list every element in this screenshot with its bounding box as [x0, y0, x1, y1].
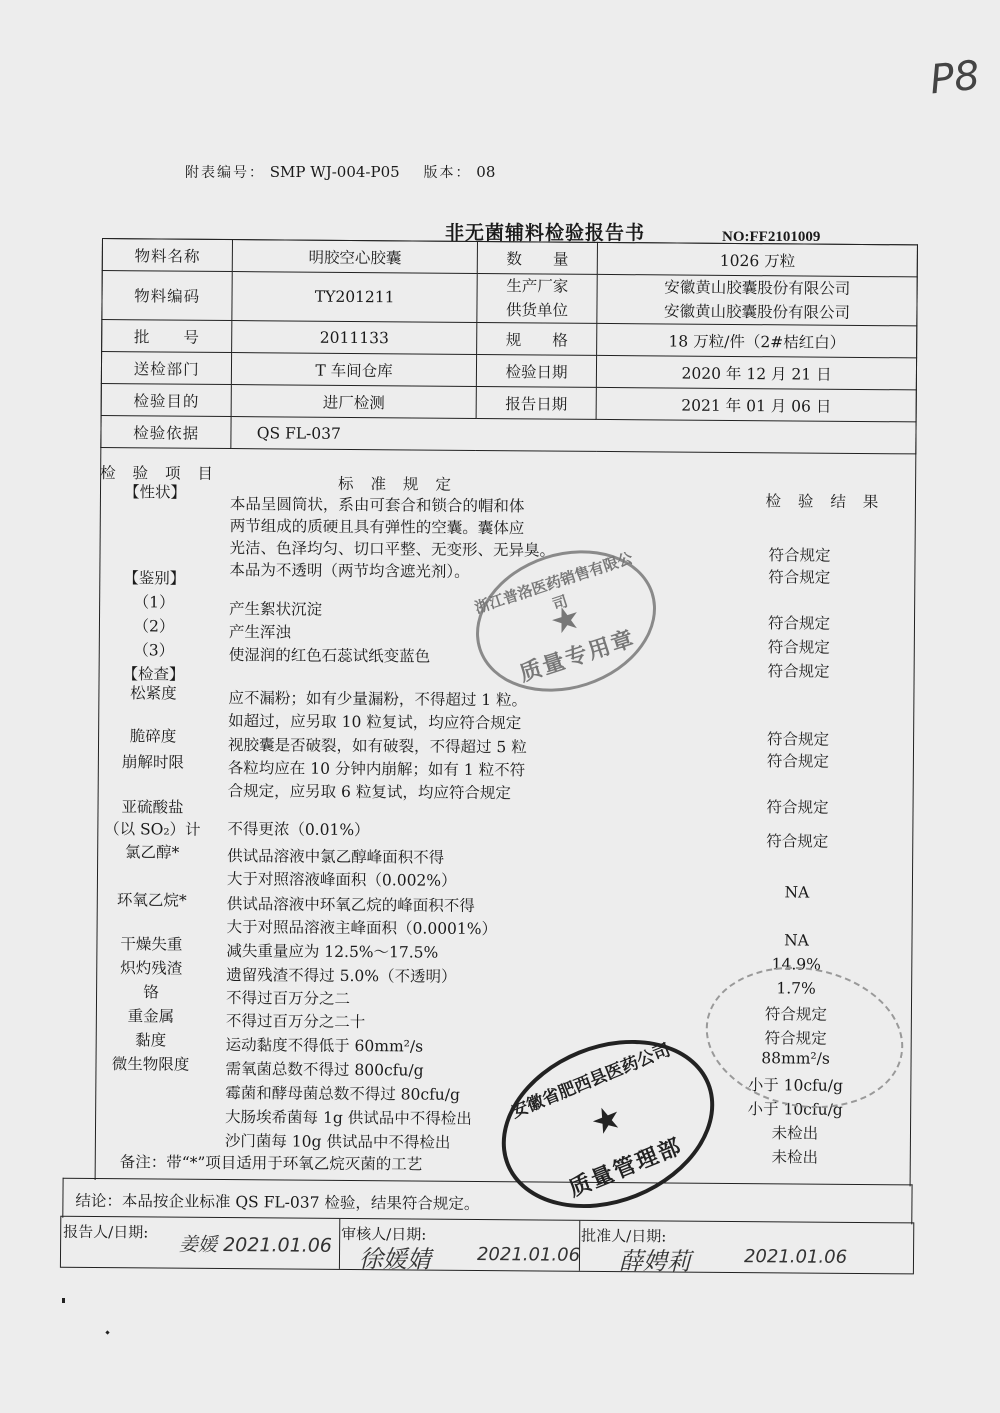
std-loss-on-drying: 减失重量应为 12.5%～17.5% [226, 939, 438, 963]
page-number-handwritten: P8 [928, 53, 982, 104]
spec-label: 规 格 [477, 322, 598, 355]
material-code: TY201211 [232, 272, 477, 323]
item-chloroethanol: 氯乙醇* [97, 840, 207, 863]
result-sulfite-2: 符合规定 [727, 829, 867, 852]
basis: QS FL-037 [231, 417, 916, 454]
col-header-standard: 标 准 规 定 [338, 472, 457, 495]
std-sulfite: 不得更浓（0.01%） [227, 817, 369, 840]
scan-speck [105, 1330, 109, 1334]
manufacturer-supplier-values: 安徽黄山胶囊股份有限公司 安徽黄山胶囊股份有限公司 [597, 274, 917, 326]
table-row: 检验依据 QS FL-037 [101, 415, 916, 453]
purpose-label: 检验目的 [101, 383, 232, 416]
item-appearance: 【性状】 [100, 480, 210, 503]
item-tightness: 松紧度 [98, 681, 208, 704]
item-identification: 【鉴别】 [99, 566, 209, 589]
batch-label: 批 号 [102, 320, 233, 353]
reporter-label: 报告人/日期: [63, 1221, 148, 1243]
item-microbial: 微生物限度 [95, 1052, 205, 1075]
footnote: 备注：带“*”项目适用于环氧乙烷灭菌的工艺 [120, 1150, 423, 1174]
item-ethylene-oxide: 环氧乙烷* [97, 888, 207, 911]
std-brittleness: 视胶囊是否破裂，如有破裂，不得超过 5 粒 [228, 733, 527, 757]
item-heavy-metals: 重金属 [96, 1004, 206, 1027]
test-date: 2020 年 12 月 21 日 [597, 355, 917, 390]
supplier: 安徽黄山胶囊股份有限公司 [598, 299, 917, 326]
std-identification-1: 产生絮状沉淀 [229, 597, 322, 620]
item-disintegration: 崩解时限 [98, 750, 208, 773]
item-residue-on-ignition: 炽灼残渣 [96, 956, 206, 979]
material-code-label: 物料编码 [102, 271, 233, 321]
result-appearance-1: 符合规定 [729, 543, 869, 566]
scan-speck [62, 1298, 65, 1303]
result-identification-3: 符合规定 [729, 659, 869, 682]
manufacturer: 安徽黄山胶囊股份有限公司 [598, 275, 917, 302]
item-loss-on-drying: 干燥失重 [96, 932, 206, 955]
std-microbial-1: 需氧菌总数不得过 800cfu/g [225, 1057, 423, 1081]
std-identification-2: 产生浑浊 [229, 620, 291, 642]
manufacturer-supplier-labels: 生产厂家 供货单位 [477, 273, 598, 323]
dept-label: 送检部门 [101, 352, 232, 385]
version-label: 版本： [424, 165, 472, 181]
std-identification-3: 使湿润的红色石蕊试纸变蓝色 [229, 643, 431, 667]
material-name-label: 物料名称 [102, 239, 233, 272]
test-date-label: 检验日期 [476, 354, 597, 387]
material-name: 明胶空心胶囊 [233, 240, 478, 274]
item-identification-3: （3） [99, 638, 209, 661]
reporter-cell: 报告人/日期: 姜媛 2021.01.06 [61, 1217, 340, 1269]
manufacturer-label: 生产厂家 [477, 274, 597, 299]
result-ethylene-oxide: NA [726, 931, 866, 950]
item-chromium: 铬 [96, 980, 206, 1003]
result-brittleness: 符合规定 [728, 727, 868, 750]
approver-date: 2021.01.06 [744, 1246, 847, 1268]
std-appearance: 本品呈圆筒状，系由可套合和锁合的帽和体 两节组成的质硬且具有弹性的空囊。囊体应 … [229, 493, 555, 584]
quantity-label: 数 量 [477, 241, 598, 274]
reporter-signature: 姜媛 2021.01.06 [179, 1230, 332, 1258]
supplier-label: 供货单位 [477, 298, 597, 323]
std-chromium: 不得过百万分之二 [226, 986, 350, 1009]
reviewer-signature: 徐媛婧 [359, 1239, 431, 1275]
result-sulfite: 符合规定 [727, 795, 867, 818]
result-chloroethanol: NA [727, 883, 867, 902]
item-brittleness: 脆碎度 [98, 724, 208, 747]
approver-signature: 薛娉莉 [619, 1241, 691, 1277]
report-date-label: 报告日期 [476, 386, 597, 419]
form-number: SMP WJ-004-P05 [270, 163, 400, 181]
conclusion-text: 结论：本品按企业标准 QS FL-037 检验，结果符合规定。 [75, 1192, 479, 1213]
result-appearance-2: 符合规定 [729, 565, 869, 588]
std-chloroethanol: 供试品溶液中氯乙醇峰面积不得 大于对照溶液峰面积（0.002%） [227, 845, 457, 893]
result-disintegration: 符合规定 [728, 749, 868, 772]
std-viscosity: 运动黏度不得低于 60mm²/s [226, 1033, 424, 1057]
reviewer-date: 2021.01.06 [477, 1244, 580, 1266]
std-tightness: 应不漏粉；如有少量漏粉，不得超过 1 粒。 如超过，应另取 10 粒复试，均应符… [228, 687, 527, 735]
header-table: 物料名称 明胶空心胶囊 数 量 1026 万粒 物料编码 TY201211 生产… [100, 238, 918, 454]
std-disintegration: 各粒均应在 10 分钟内崩解；如有 1 粒不符 合规定，应另取 6 粒复试，均应… [228, 757, 526, 805]
std-heavy-metals: 不得过百万分之二十 [226, 1009, 366, 1032]
item-sulfite: 亚硫酸盐 （以 SO₂）计 [97, 796, 207, 841]
basis-label: 检验依据 [101, 415, 232, 448]
result-microbial-3: 未检出 [725, 1121, 865, 1144]
item-identification-2: （2） [99, 614, 209, 637]
result-identification-1: 符合规定 [729, 611, 869, 634]
col-header-result: 检 验 结 果 [755, 489, 895, 512]
item-viscosity: 黏度 [96, 1028, 206, 1051]
std-residue-on-ignition: 遗留残渣不得过 5.0%（不透明） [226, 963, 456, 987]
report-date: 2021 年 01 月 06 日 [596, 387, 916, 422]
reviewer-cell: 审核人/日期: 徐媛婧 2021.01.06 [339, 1219, 580, 1271]
std-microbial-3: 大肠埃希菌每 1g 供试品中不得检出 [225, 1105, 472, 1129]
purpose: 进厂检测 [231, 385, 476, 419]
result-identification-2: 符合规定 [729, 635, 869, 658]
std-microbial-4: 沙门菌每 10g 供试品中不得检出 [225, 1129, 451, 1153]
form-number-label: 附表编号： [185, 165, 265, 181]
result-microbial-4: 未检出 [725, 1145, 865, 1168]
spec: 18 万粒/件（2#桔红白） [597, 323, 917, 358]
form-number-line: 附表编号： SMP WJ-004-P05 版本： 08 [185, 162, 495, 182]
signature-row: 报告人/日期: 姜媛 2021.01.06 审核人/日期: 徐媛婧 2021.0… [60, 1216, 914, 1275]
item-identification-1: （1） [99, 590, 209, 613]
version: 08 [476, 163, 495, 181]
dept: T 车间仓库 [232, 353, 477, 387]
std-microbial-2: 霉菌和酵母菌总数不得过 80cfu/g [225, 1081, 460, 1105]
std-ethylene-oxide: 供试品溶液中环氧乙烷的峰面积不得 大于对照品溶液主峰面积（0.0001%） [226, 893, 497, 941]
batch: 2011133 [232, 321, 477, 355]
approver-cell: 批准人/日期: 薛娉莉 2021.01.06 [579, 1221, 913, 1274]
quantity: 1026 万粒 [598, 242, 918, 277]
